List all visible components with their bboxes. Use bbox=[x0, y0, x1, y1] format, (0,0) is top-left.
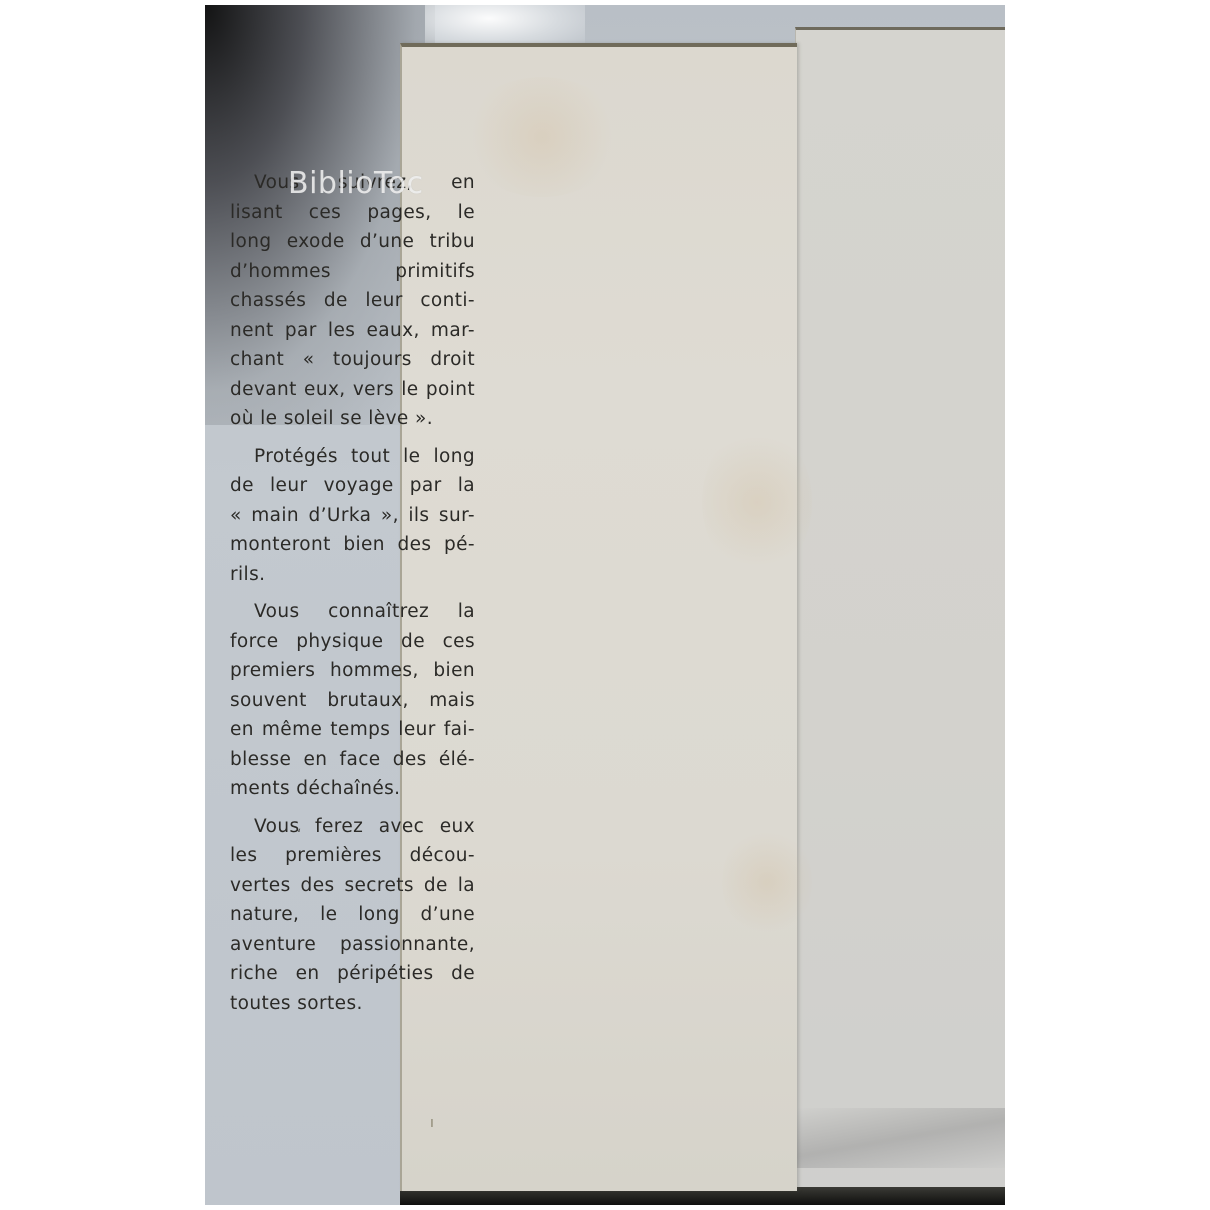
speck-mark: ı bbox=[430, 1115, 434, 1131]
blurb-paragraph: Vous ferez avec euxles premières décou-v… bbox=[230, 812, 475, 1019]
paper-stain bbox=[722, 827, 812, 937]
blurb-line: les premières décou- bbox=[230, 841, 475, 871]
blurb-line: chassés de leur conti- bbox=[230, 286, 475, 316]
blurb-line: chant « toujours droit bbox=[230, 345, 475, 375]
paper-stain bbox=[462, 77, 622, 197]
blurb-paragraph: Vous connaîtrez laforce physique de cesp… bbox=[230, 597, 475, 804]
blurb-line: vertes des secrets de la bbox=[230, 871, 475, 901]
blurb-paragraph: Vous suivrez, enlisant ces pages, lelong… bbox=[230, 168, 475, 434]
blurb-line: nature, le long d’une bbox=[230, 900, 475, 930]
blurb-line: rils. bbox=[230, 560, 475, 590]
blurb-line: Protégés tout le long bbox=[230, 442, 475, 472]
blurb-line: blesse en face des élé- bbox=[230, 745, 475, 775]
blurb-line: « main d’Urka », ils sur- bbox=[230, 501, 475, 531]
jacket-back-panel bbox=[795, 27, 1005, 1205]
blurb-line: lisant ces pages, le bbox=[230, 198, 475, 228]
blurb-line: en même temps leur fai- bbox=[230, 715, 475, 745]
blurb-line: premiers hommes, bien bbox=[230, 656, 475, 686]
jacket-fold-crease bbox=[796, 1108, 1005, 1168]
blurb-line: nent par les eaux, mar- bbox=[230, 316, 475, 346]
paper-stain bbox=[702, 427, 812, 577]
flap-blurb: Vous suivrez, enlisant ces pages, lelong… bbox=[230, 168, 475, 1026]
blurb-line: long exode d’une tribu bbox=[230, 227, 475, 257]
blurb-line: monteront bien des pé- bbox=[230, 530, 475, 560]
blurb-line: où le soleil se lève ». bbox=[230, 404, 475, 434]
blurb-line: riche en péripéties de bbox=[230, 959, 475, 989]
blurb-paragraph: Protégés tout le longde leur voyage par … bbox=[230, 442, 475, 590]
blurb-line: aventure passionnante, bbox=[230, 930, 475, 960]
blurb-line: de leur voyage par la bbox=[230, 471, 475, 501]
blurb-line: d’hommes primitifs bbox=[230, 257, 475, 287]
blurb-line: devant eux, vers le point bbox=[230, 375, 475, 405]
bibliotoc-watermark: BiblioToc bbox=[288, 166, 424, 201]
blurb-line: Vous ferez avec eux bbox=[230, 812, 475, 842]
blurb-line: toutes sortes. bbox=[230, 989, 475, 1019]
blurb-line: ments déchaînés. bbox=[230, 774, 475, 804]
blurb-line: souvent brutaux, mais bbox=[230, 686, 475, 716]
blurb-line: force physique de ces bbox=[230, 627, 475, 657]
blurb-line: Vous connaîtrez la bbox=[230, 597, 475, 627]
